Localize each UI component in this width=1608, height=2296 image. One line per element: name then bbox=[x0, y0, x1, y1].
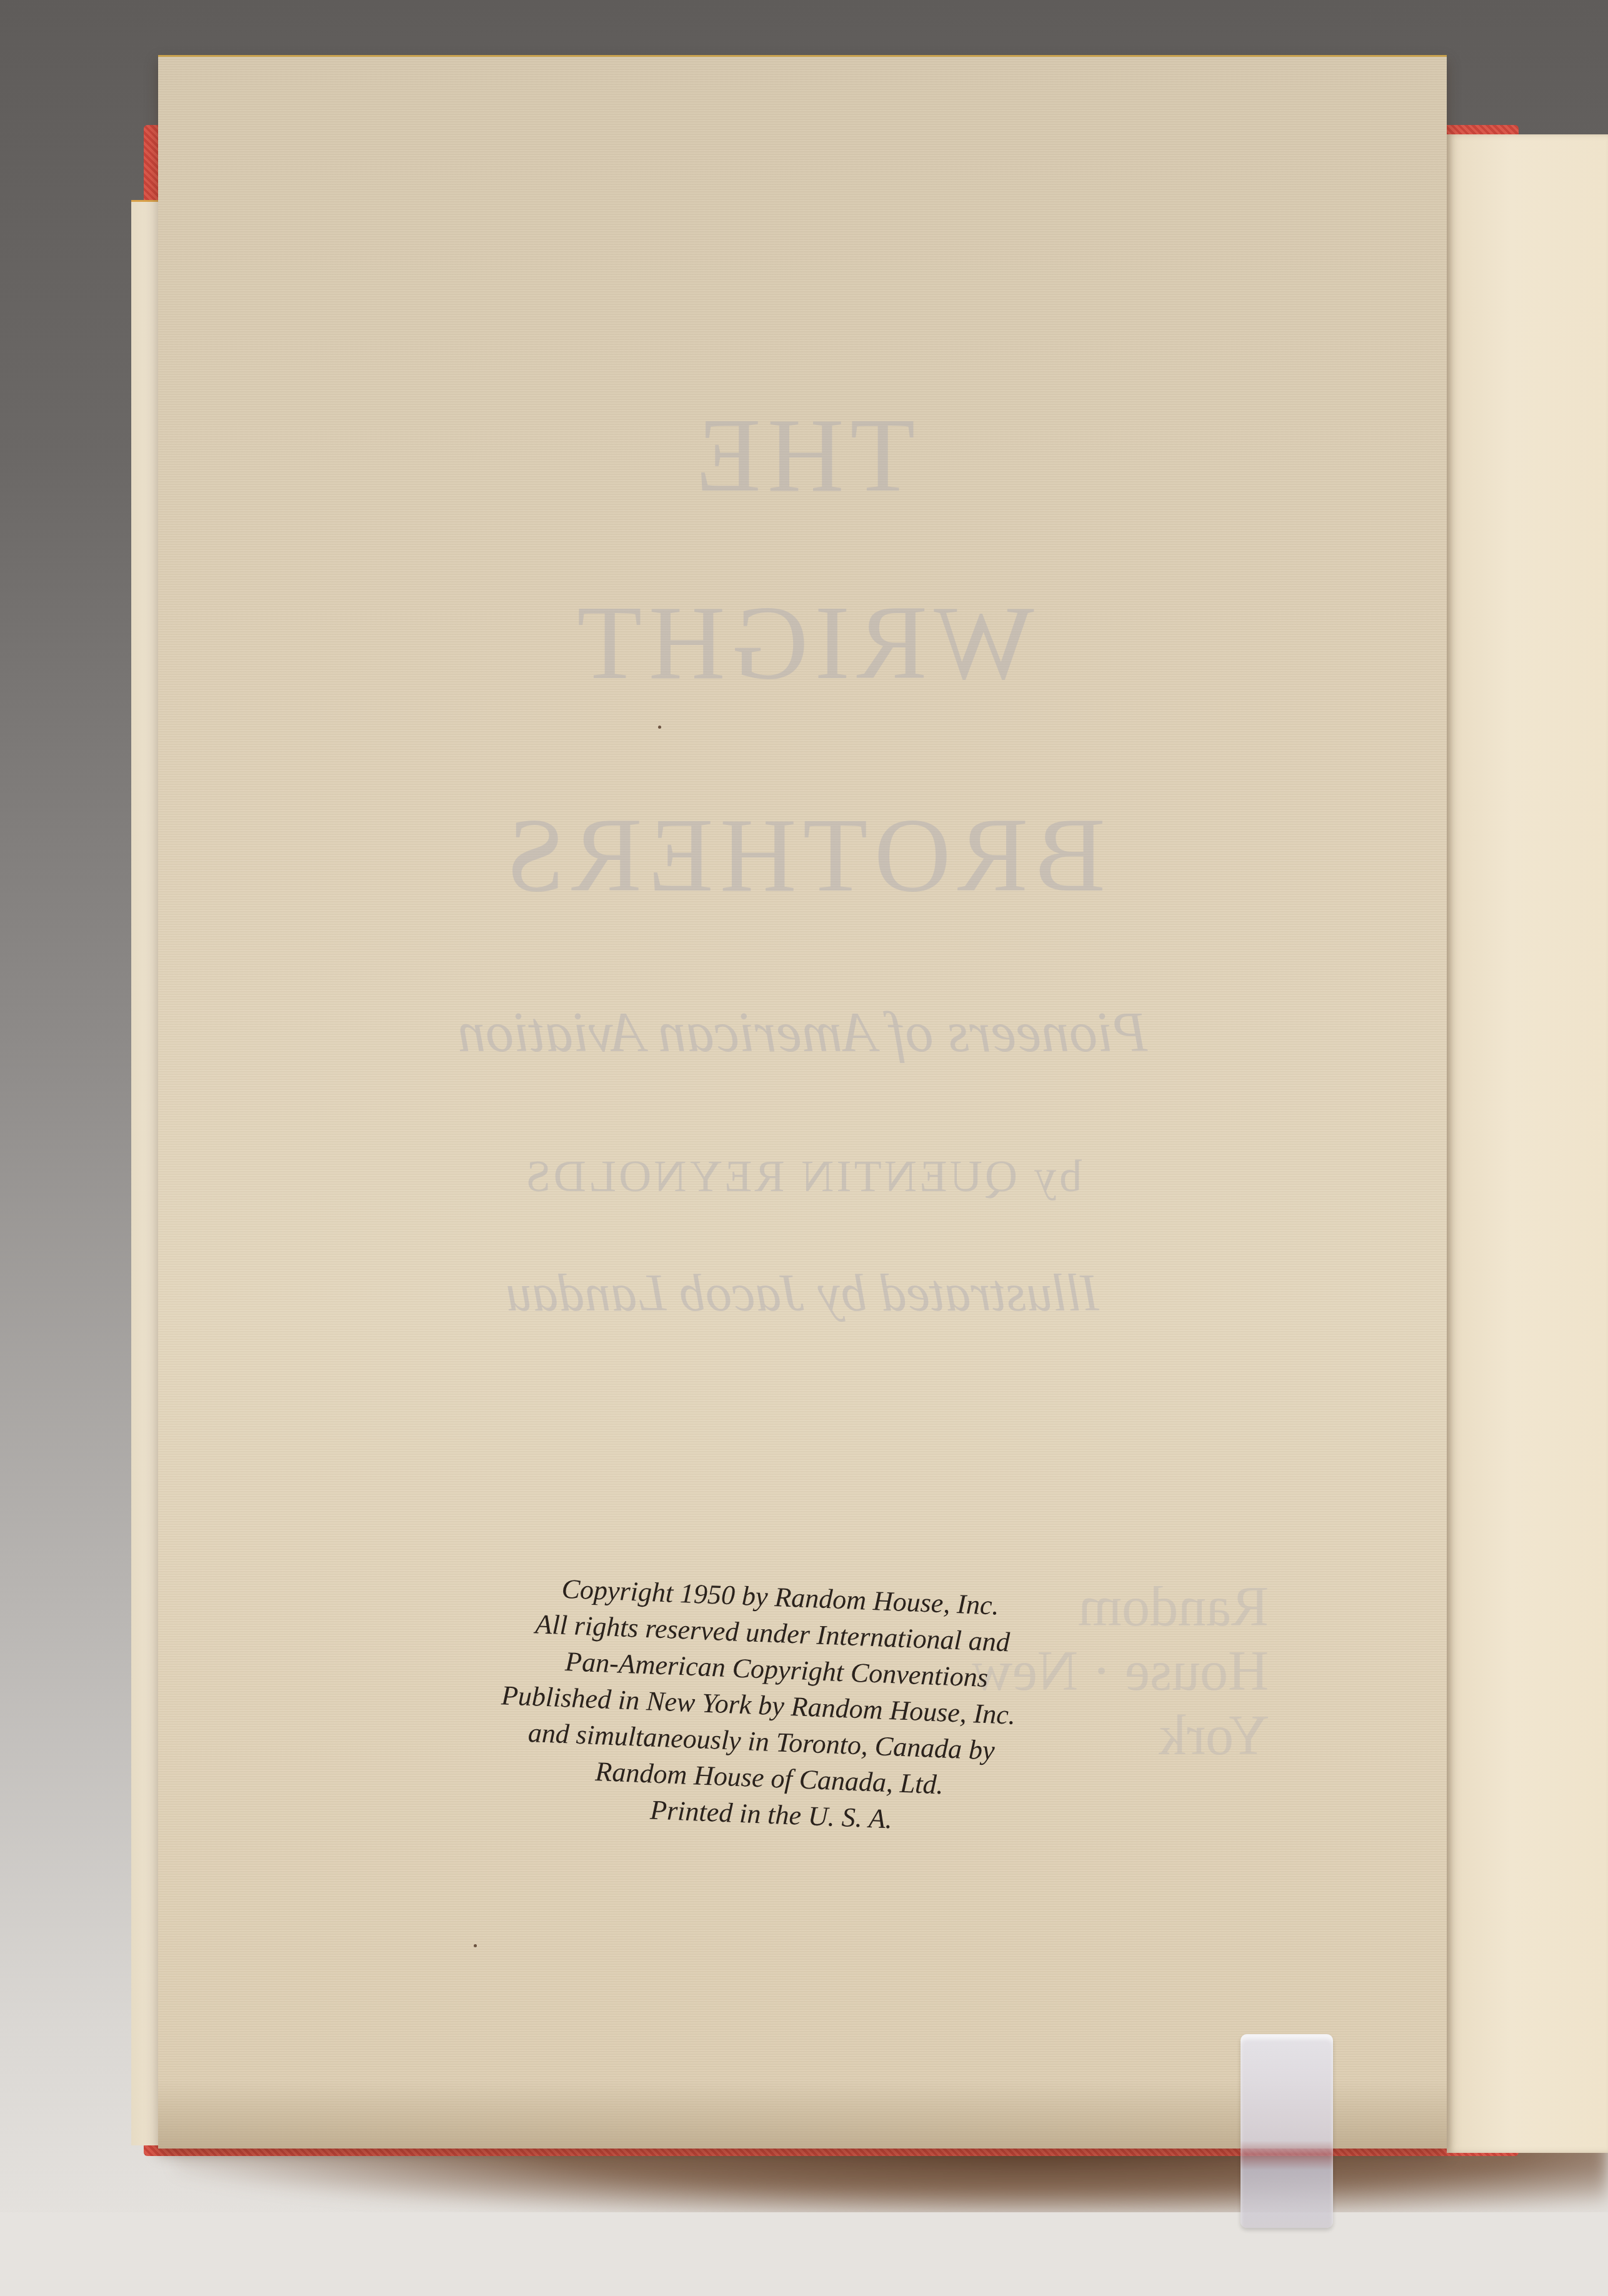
bleed-author: by QUENTIN REYNOLDS bbox=[158, 1150, 1447, 1202]
copyright-notice: Copyright 1950 by Random House, Inc. All… bbox=[490, 1569, 1187, 1849]
table-surface bbox=[0, 2212, 1608, 2296]
paper-speck bbox=[658, 726, 661, 729]
bleed-illustrator: Illustrated by Jacob Landau bbox=[158, 1263, 1447, 1324]
bleed-title-the: THE bbox=[158, 394, 1447, 516]
bleed-title-brothers: BROTHERS bbox=[158, 794, 1447, 916]
bleed-subtitle: Pioneers of American Aviation bbox=[158, 1001, 1447, 1065]
copyright-page: THE WRIGHT BROTHERS Pioneers of American… bbox=[158, 55, 1447, 2149]
bleed-title-wright: WRIGHT bbox=[158, 582, 1447, 704]
facing-page-right bbox=[1447, 134, 1608, 2153]
paper-speck bbox=[474, 1944, 477, 1947]
acrylic-book-stand bbox=[1241, 2034, 1333, 2228]
